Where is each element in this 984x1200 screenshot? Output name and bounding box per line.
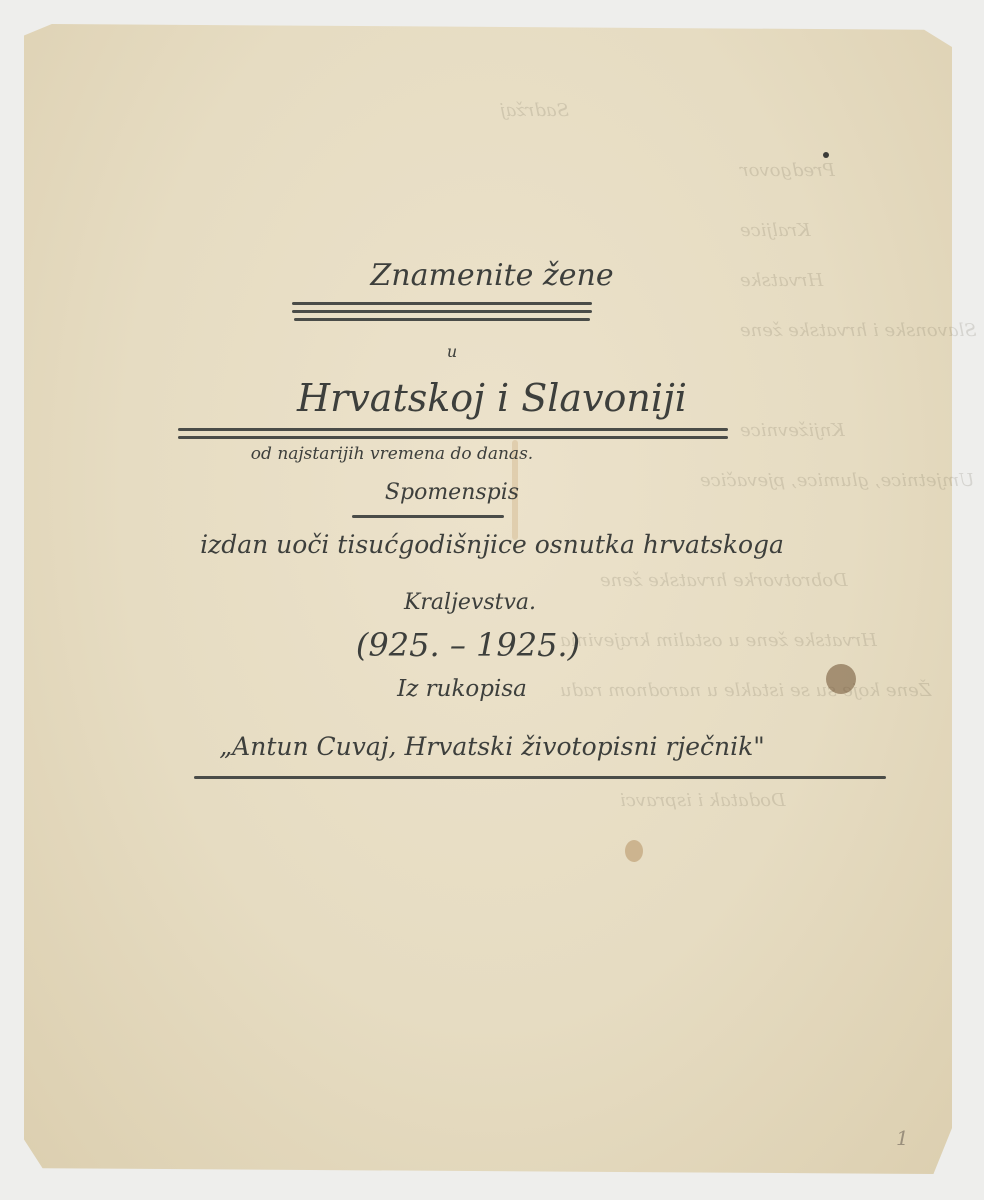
bleed-through-text: Predgovor [740,160,835,181]
title-underline [292,310,592,313]
title-underline [292,302,592,305]
bleed-through-text: Sadržaj [500,100,569,121]
ink-stain [823,152,829,158]
bleed-through-text: Slavonske i hrvatske žene [740,320,977,341]
subtitle: od najstarijih vremena do danas. [0,444,884,464]
bleed-through-text: Književnice [740,420,845,441]
source-title: „Antun Cuvaj, Hrvatski životopisni rječn… [0,732,984,761]
description-line-2: Kraljevstva. [0,590,962,615]
title-2-underline [178,428,728,431]
description-line-1: izdan uoči tisućgodišnjice osnutka hrvat… [0,530,984,559]
title-underline [294,318,590,321]
genre-label: Spomenspis [0,480,944,505]
date-range: (925. – 1925.) [0,626,960,664]
bleed-through-text: Dobrotvorke hrvatske žene [600,570,848,591]
title-2-underline [178,436,728,439]
title-line-2: Hrvatskoj i Slavoniji [0,376,984,420]
title-line-1: Znamenite žene [0,258,984,293]
connector-word: u [0,342,944,361]
source-underline [194,776,886,779]
source-intro: Iz rukopisa [0,676,954,702]
genre-underline [352,515,504,518]
page-number: 1 [896,1126,909,1150]
paper-stain [625,840,643,862]
bleed-through-text: Kraljice [740,220,811,241]
bleed-through-text: Dodatak i ispravci [620,790,785,811]
